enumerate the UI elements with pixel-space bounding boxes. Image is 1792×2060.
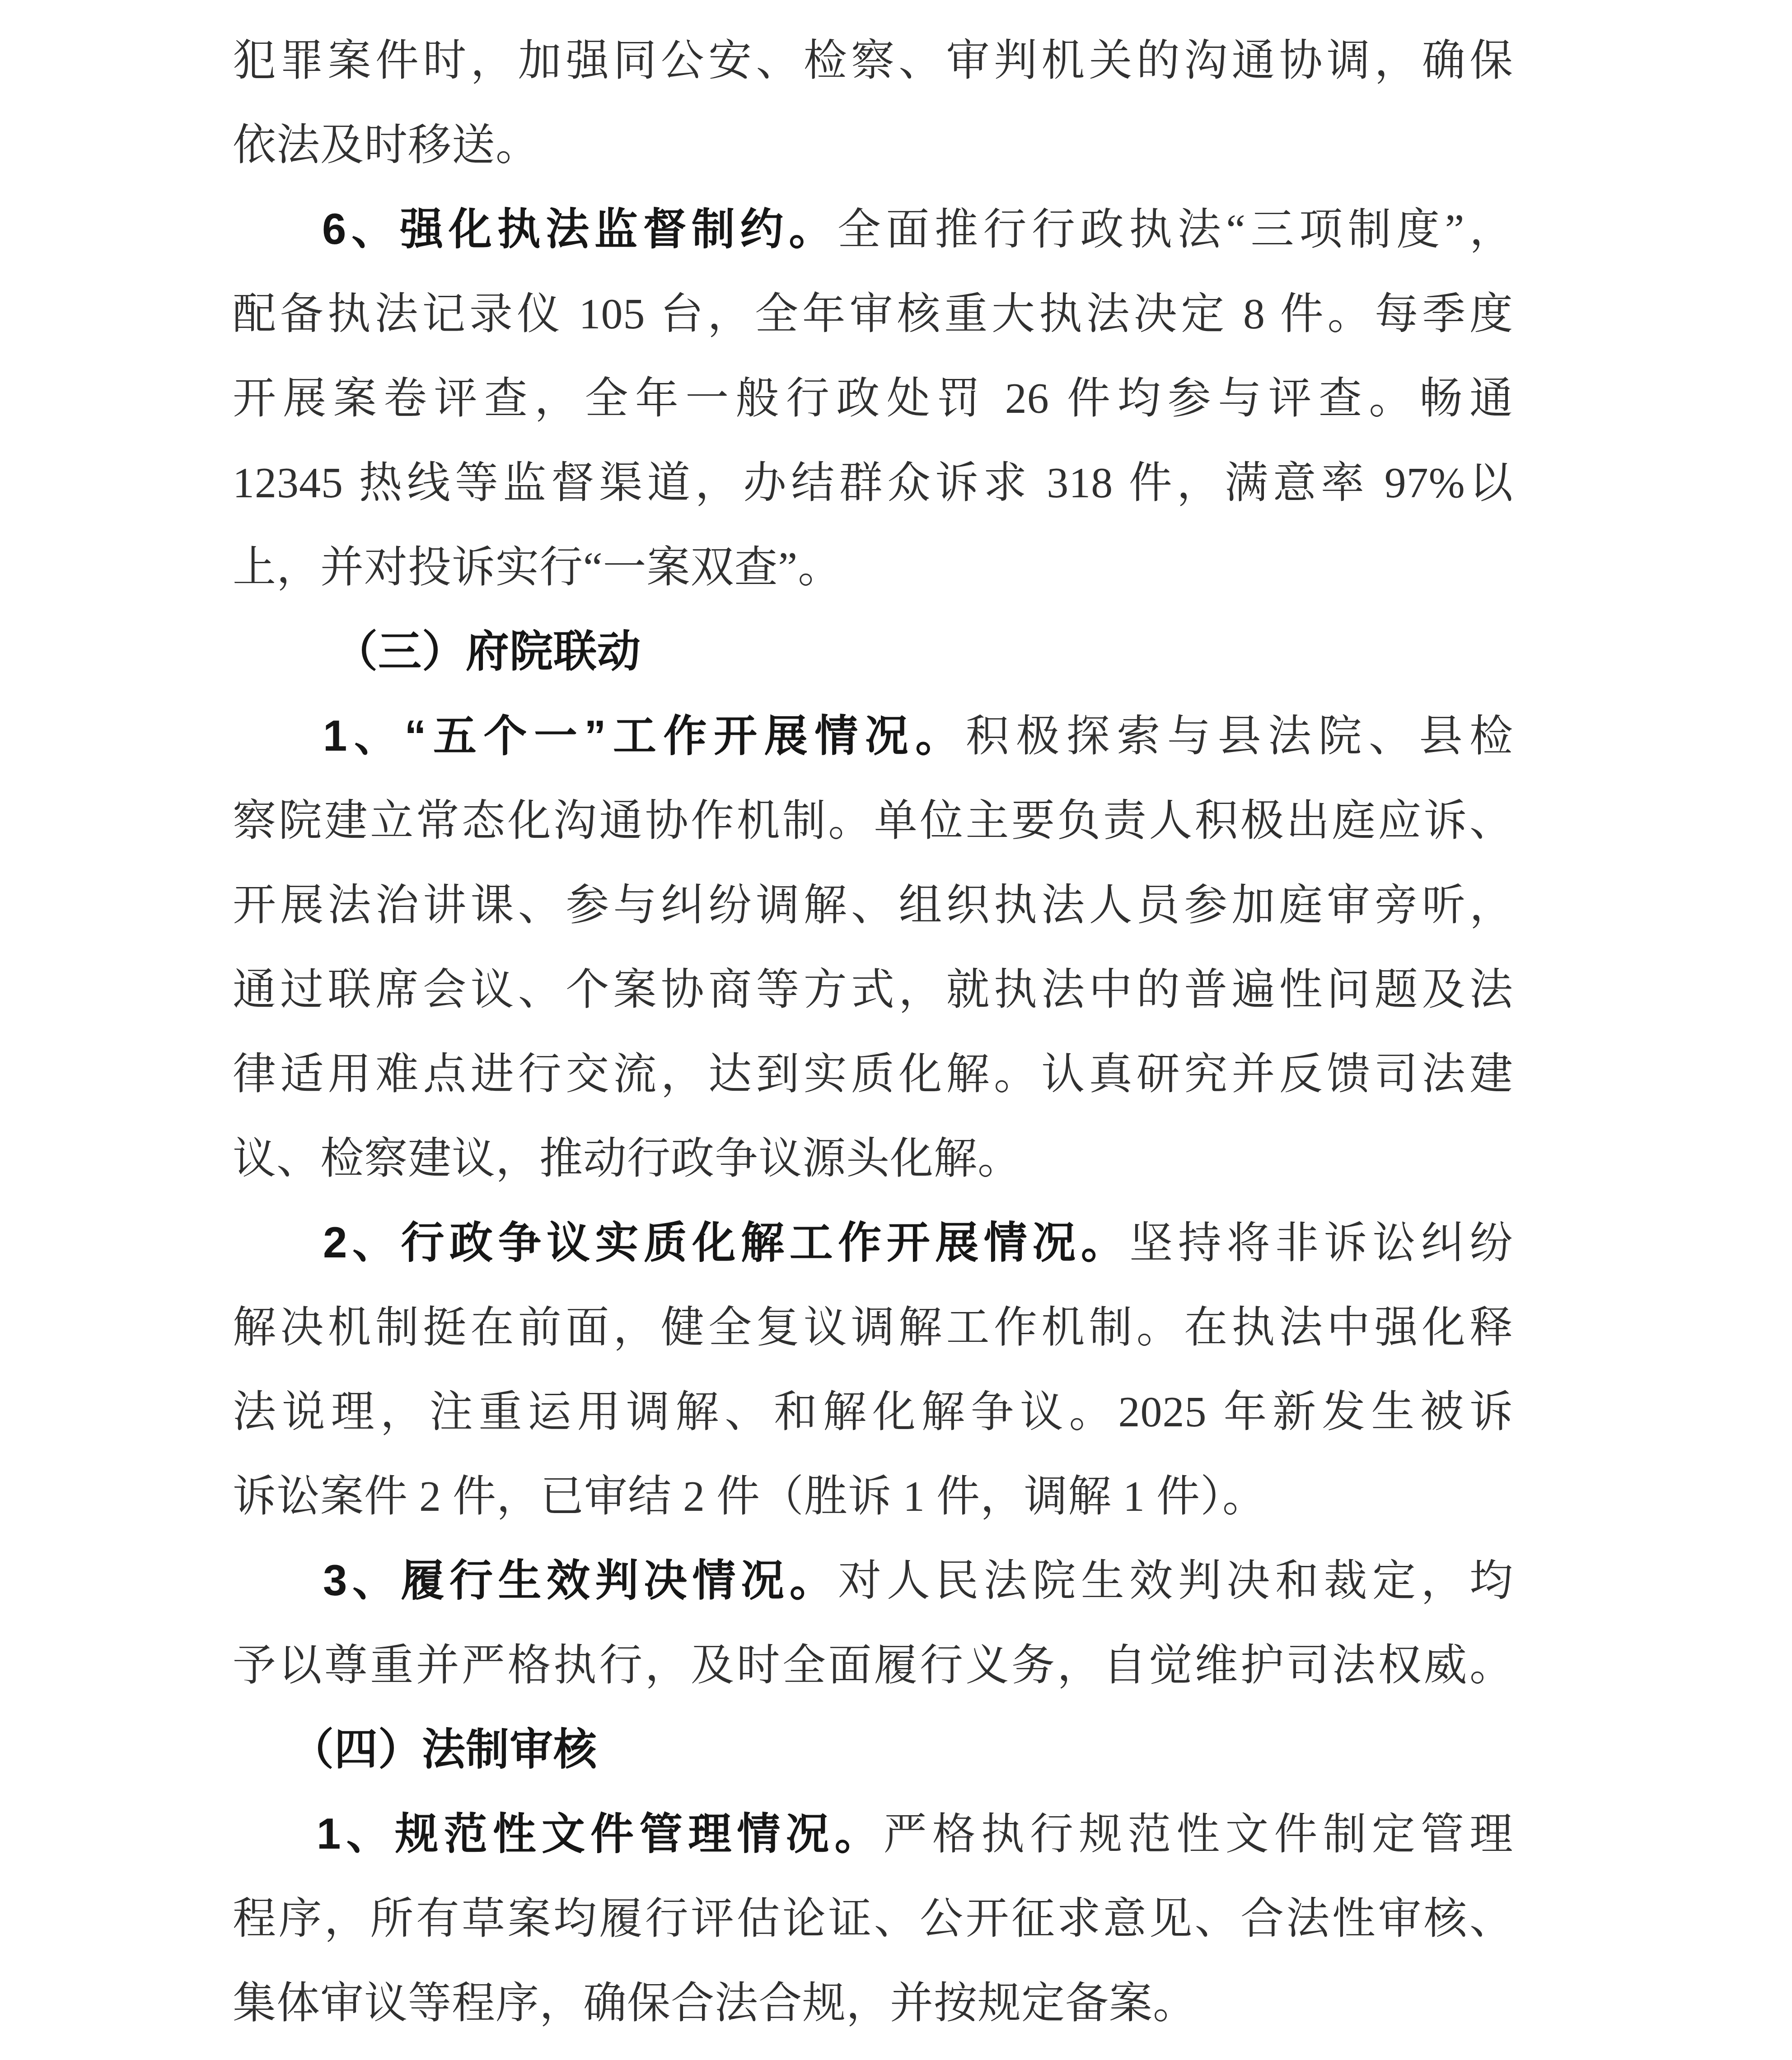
text-line: 通过联席会议、个案协商等方式，就执法中的普遍性问题及法 — [233, 947, 1513, 1032]
heading-text-segment: 3、履行生效判决情况。 — [323, 1556, 838, 1605]
text-line: 解决机制挺在前面，健全复议调解工作机制。在执法中强化释 — [233, 1285, 1513, 1369]
body-text-segment: 集体审议等程序，确保合法合规，并按规定备案。 — [233, 1979, 1197, 2027]
heading-text-segment: 2、行政争议实质化解工作开展情况。 — [323, 1219, 1129, 1267]
text-line: 察院建立常态化沟通协作机制。单位主要负责人积极出庭应诉、 — [233, 778, 1513, 863]
text-line: 3、履行生效判决情况。对人民法院生效判决和裁定，均 — [233, 1538, 1513, 1623]
text-line: 6、强化执法监督制约。全面推行行政执法“三项制度”， — [233, 187, 1513, 271]
heading-text-segment: 1、“五个一”工作开展情况。 — [323, 712, 966, 760]
heading-text-segment: 1、规范性文件管理情况。 — [317, 1810, 884, 1858]
text-line: 法说理，注重运用调解、和解化解争议。2025 年新发生被诉 — [233, 1369, 1513, 1454]
document-page: 犯罪案件时，加强同公安、检察、审判机关的沟通协调，确保依法及时移送。6、强化执法… — [0, 0, 1792, 2060]
body-text-segment: 全面推行行政执法“三项制度”， — [838, 205, 1513, 253]
text-line: 开展案卷评查，全年一般行政处罚 26 件均参与评查。畅通 — [233, 356, 1513, 440]
body-text-segment: 开展法治讲课、参与纠纷调解、组织执法人员参加庭审旁听， — [233, 881, 1513, 929]
text-line: 12345 热线等监督渠道，办结群众诉求 318 件，满意率 97%以 — [233, 440, 1513, 525]
body-text-segment: 配备执法记录仪 105 台，全年审核重大执法决定 8 件。每季度 — [233, 290, 1513, 338]
body-text-segment: 察院建立常态化沟通协作机制。单位主要负责人积极出庭应诉、 — [233, 796, 1513, 845]
text-line: 1、规范性文件管理情况。严格执行规范性文件制定管理 — [233, 1792, 1513, 1876]
body-text-segment: 程序，所有草案均履行评估论证、公开征求意见、合法性审核、 — [233, 1894, 1513, 1943]
body-text-segment: 坚持将非诉讼纠纷 — [1129, 1219, 1513, 1267]
text-line: （四）法制审核 — [233, 1707, 1513, 1792]
heading-text-segment: 6、强化执法监督制约。 — [322, 205, 838, 253]
text-line: 集体审议等程序，确保合法合规，并按规定备案。 — [233, 1961, 1513, 2045]
body-text-segment: 犯罪案件时，加强同公安、检察、审判机关的沟通协调，确保 — [233, 36, 1513, 84]
heading-text-segment: （三）府院联动 — [334, 627, 641, 676]
text-line: 予以尊重并严格执行，及时全面履行义务，自觉维护司法权威。 — [233, 1623, 1513, 1707]
body-text-segment: 依法及时移送。 — [233, 121, 539, 169]
body-text-segment: 予以尊重并严格执行，及时全面履行义务，自觉维护司法权威。 — [233, 1641, 1513, 1689]
text-line: 上，并对投诉实行“一案双查”。 — [233, 525, 1513, 609]
text-line: 依法及时移送。 — [233, 103, 1513, 187]
body-text-segment: 诉讼案件 2 件，已审结 2 件（胜诉 1 件，调解 1 件）。 — [233, 1472, 1266, 1520]
text-line: 2、行政争议实质化解工作开展情况。坚持将非诉讼纠纷 — [233, 1200, 1513, 1285]
body-text-segment: 法说理，注重运用调解、和解化解争议。2025 年新发生被诉 — [233, 1387, 1513, 1436]
body-text-segment: 12345 热线等监督渠道，办结群众诉求 318 件，满意率 97%以 — [233, 458, 1513, 507]
text-line: 议、检察建议，推动行政争议源头化解。 — [233, 1116, 1513, 1200]
text-line: 配备执法记录仪 105 台，全年审核重大执法决定 8 件。每季度 — [233, 271, 1513, 356]
body-text-segment: 上，并对投诉实行“一案双查”。 — [233, 543, 842, 591]
text-line: 程序，所有草案均履行评估论证、公开征求意见、合法性审核、 — [233, 1876, 1513, 1961]
text-line: 律适用难点进行交流，达到实质化解。认真研究并反馈司法建 — [233, 1032, 1513, 1116]
text-line: 开展法治讲课、参与纠纷调解、组织执法人员参加庭审旁听， — [233, 863, 1513, 947]
text-line: 犯罪案件时，加强同公安、检察、审判机关的沟通协调，确保 — [233, 18, 1513, 103]
body-text-segment: 议、检察建议，推动行政争议源头化解。 — [233, 1134, 1021, 1182]
body-text-segment: 积极探索与县法院、县检 — [966, 712, 1513, 760]
body-text-segment: 解决机制挺在前面，健全复议调解工作机制。在执法中强化释 — [233, 1303, 1513, 1351]
heading-text-segment: （四）法制审核 — [290, 1725, 597, 1774]
body-text-segment: 律适用难点进行交流，达到实质化解。认真研究并反馈司法建 — [233, 1050, 1513, 1098]
text-line: 诉讼案件 2 件，已审结 2 件（胜诉 1 件，调解 1 件）。 — [233, 1454, 1513, 1538]
body-text-segment: 开展案卷评查，全年一般行政处罚 26 件均参与评查。畅通 — [233, 374, 1513, 422]
text-line: 1、“五个一”工作开展情况。积极探索与县法院、县检 — [233, 694, 1513, 778]
body-text-segment: 严格执行规范性文件制定管理 — [884, 1810, 1513, 1858]
body-text-segment: 通过联席会议、个案协商等方式，就执法中的普遍性问题及法 — [233, 965, 1513, 1014]
text-line: （三）府院联动 — [233, 609, 1513, 694]
body-text-segment: 对人民法院生效判决和裁定，均 — [838, 1556, 1513, 1605]
